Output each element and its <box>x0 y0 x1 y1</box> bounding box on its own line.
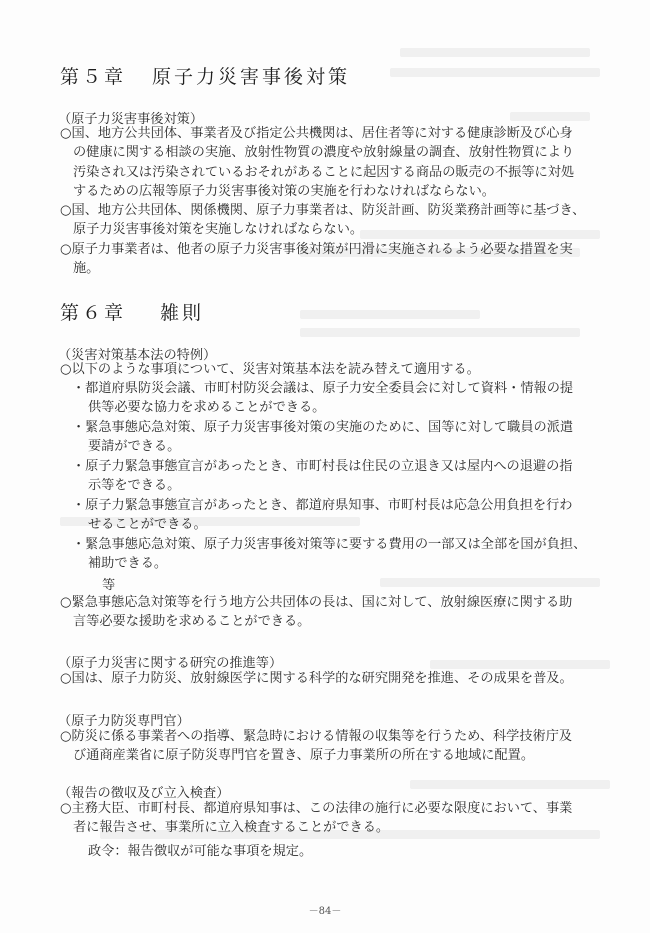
text-line: ○緊急事態応急対策等を行う地方公共団体の長は、国に対して、放射線医療に関する助 <box>60 593 620 612</box>
text-line: 原子力災害事後対策を実施しなければならない。 <box>60 220 620 239</box>
paragraph: ○主務大臣、市町村長、都道府県知事は、この法律の施行に必要な限度において、事業 … <box>60 799 620 838</box>
etc-marker: 等 <box>102 574 115 593</box>
text-line: ・緊急事態応急対策、原子力災害事後対策等に要する費用の一部又は全部を国が負担、 <box>72 535 622 554</box>
chapter-number: 第５章 <box>60 62 126 89</box>
text-line: ○国は、原子力防災、放射線医学に関する科学的な研究開発を推進、その成果を普及。 <box>60 669 620 688</box>
chapter-6-title: 第６章雑則 <box>60 298 204 325</box>
text-line: ・原子力緊急事態宣言があったとき、市町村長は住民の立退き又は屋内への退避の指 <box>72 457 622 476</box>
text-line: せることができる。 <box>72 515 622 534</box>
text-line: 汚染され又は汚染されているおそれがあることに起因する商品の販売の不振等に対処 <box>60 163 620 182</box>
bullet-item: ・緊急事態応急対策、原子力災害事後対策の実施のために、国等に対して職員の派遣 要… <box>72 418 622 457</box>
text-line: するための広報等原子力災害事後対策の実施を行わなければならない。 <box>60 182 620 201</box>
show-through-mark <box>430 660 610 669</box>
chapter-title-text: 雑則 <box>160 302 204 324</box>
bullet-item: ・都道府県防災会議、市町村防災会議は、原子力安全委員会に対して資料・情報の提 供… <box>72 379 622 418</box>
paragraph: ○国、地方公共団体、関係機関、原子力事業者は、防災計画、防災業務計画等に基づき、… <box>60 201 620 240</box>
text-line: の健康に関する相談の実施、放射性物質の濃度や放射線量の調査、放射性物質により <box>60 143 620 162</box>
text-line: ○原子力事業者は、他者の原子力災害事後対策が円滑に実施されるよう必要な措置を実 <box>60 240 620 259</box>
text-line: 言等必要な援助を求めることができる。 <box>60 612 620 631</box>
text-line: ・原子力緊急事態宣言があったとき、都道府県知事、市町村長は応急公用負担を行わ <box>72 496 622 515</box>
text-line: ○国、地方公共団体、関係機関、原子力事業者は、防災計画、防災業務計画等に基づき、 <box>60 201 620 220</box>
bullet-item: ・原子力緊急事態宣言があったとき、都道府県知事、市町村長は応急公用負担を行わ せ… <box>72 496 622 535</box>
text-line: ○国、地方公共団体、事業者及び指定公共機関は、居住者等に対する健康診断及び心身 <box>60 124 620 143</box>
page-number: －84－ <box>0 902 650 917</box>
show-through-mark <box>400 48 590 57</box>
show-through-mark <box>300 328 580 337</box>
paragraph: ○以下のような事項について、災害対策基本法を読み替えて適用する。 <box>60 360 620 379</box>
text-line: 者に報告させ、事業所に立入検査することができる。 <box>60 818 620 837</box>
show-through-mark <box>380 578 600 587</box>
text-line: ○主務大臣、市町村長、都道府県知事は、この法律の施行に必要な限度において、事業 <box>60 799 620 818</box>
show-through-mark <box>390 68 600 77</box>
bullet-item: ・緊急事態応急対策、原子力災害事後対策等に要する費用の一部又は全部を国が負担、 … <box>72 535 622 574</box>
text-line: ○防災に係る事業者への指導、緊急時における情報の収集等を行うため、科学技術庁及 <box>60 727 620 746</box>
text-line: 補助できる。 <box>72 554 622 573</box>
text-line: 施。 <box>60 259 620 278</box>
bullet-item: ・原子力緊急事態宣言があったとき、市町村長は住民の立退き又は屋内への退避の指 示… <box>72 457 622 496</box>
text-line: ・都道府県防災会議、市町村防災会議は、原子力安全委員会に対して資料・情報の提 <box>72 379 622 398</box>
text-line: ・緊急事態応急対策、原子力災害事後対策の実施のために、国等に対して職員の派遣 <box>72 418 622 437</box>
chapter-title-text: 原子力災害事後対策 <box>152 66 350 88</box>
text-line: 示等をできる。 <box>72 476 622 495</box>
show-through-mark <box>510 112 590 121</box>
paragraph: ○防災に係る事業者への指導、緊急時における情報の収集等を行うため、科学技術庁及 … <box>60 727 620 766</box>
document-page: 第５章原子力災害事後対策 （原子力災害事後対策） ○国、地方公共団体、事業者及び… <box>0 0 650 933</box>
show-through-mark <box>300 310 480 319</box>
show-through-mark <box>410 780 610 789</box>
chapter-number: 第６章 <box>60 298 126 325</box>
text-line: 要請ができる。 <box>72 437 622 456</box>
paragraph: ○緊急事態応急対策等を行う地方公共団体の長は、国に対して、放射線医療に関する助 … <box>60 593 620 632</box>
chapter-5-title: 第５章原子力災害事後対策 <box>60 62 350 89</box>
text-line: び通商産業省に原子防災専門官を置き、原子力事業所の所在する地域に配置。 <box>60 746 620 765</box>
paragraph: ○国は、原子力防災、放射線医学に関する科学的な研究開発を推進、その成果を普及。 <box>60 669 620 688</box>
paragraph: ○原子力事業者は、他者の原子力災害事後対策が円滑に実施されるよう必要な措置を実 … <box>60 240 620 279</box>
ordinance-note: 政令：報告徴収が可能な事項を規定。 <box>88 840 312 859</box>
text-line: 供等必要な協力を求めることができる。 <box>72 398 622 417</box>
text-line: ○以下のような事項について、災害対策基本法を読み替えて適用する。 <box>60 360 620 379</box>
paragraph: ○国、地方公共団体、事業者及び指定公共機関は、居住者等に対する健康診断及び心身 … <box>60 124 620 201</box>
